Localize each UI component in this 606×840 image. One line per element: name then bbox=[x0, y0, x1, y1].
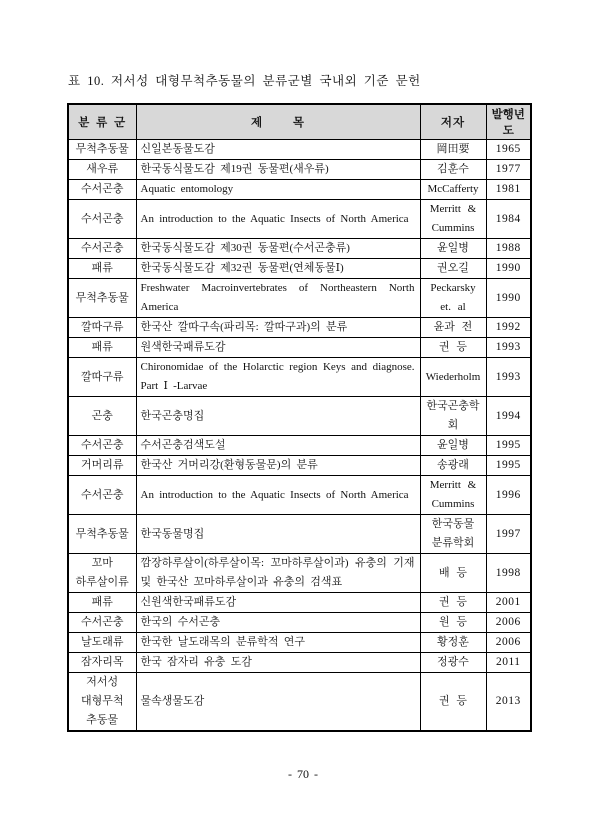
cell-author: 정광수 bbox=[420, 653, 486, 673]
cell-author: Peckarsky et. al bbox=[420, 279, 486, 318]
cell-author: 권오길 bbox=[420, 259, 486, 279]
cell-year: 1996 bbox=[486, 476, 531, 515]
cell-year: 1995 bbox=[486, 436, 531, 456]
cell-title: 물속생물도감 bbox=[136, 673, 420, 732]
cell-title: 한국 잠자리 유충 도감 bbox=[136, 653, 420, 673]
cell-group: 깔따구류 bbox=[68, 318, 136, 338]
table-row: 수서곤충 An introduction to the Aquatic Inse… bbox=[68, 200, 531, 239]
cell-title: 깜장하루살이(하루살이목: 꼬마하루살이과) 유충의 기재 및 한국산 꼬마하루… bbox=[136, 554, 420, 593]
cell-group: 수서곤충 bbox=[68, 180, 136, 200]
table-row: 꼬마 하루살이류 깜장하루살이(하루살이목: 꼬마하루살이과) 유충의 기재 및… bbox=[68, 554, 531, 593]
table-row: 수서곤충 한국의 수서곤충 원 등 2006 bbox=[68, 613, 531, 633]
cell-year: 1992 bbox=[486, 318, 531, 338]
cell-author: 윤일병 bbox=[420, 436, 486, 456]
cell-year: 1998 bbox=[486, 554, 531, 593]
table-row: 거머리류 한국산 거머리강(환형동물문)의 분류 송광래 1995 bbox=[68, 456, 531, 476]
cell-group: 패류 bbox=[68, 593, 136, 613]
table-row: 패류 신원색한국패류도감 권 등 2001 bbox=[68, 593, 531, 613]
cell-title: Chironomidae of the Holarctic region Key… bbox=[136, 358, 420, 397]
cell-group: 깔따구류 bbox=[68, 358, 136, 397]
cell-group: 수서곤충 bbox=[68, 239, 136, 259]
table-row: 깔따구류 Chironomidae of the Holarctic regio… bbox=[68, 358, 531, 397]
cell-year: 1994 bbox=[486, 397, 531, 436]
cell-group: 수서곤충 bbox=[68, 476, 136, 515]
cell-title: 한국동물명집 bbox=[136, 515, 420, 554]
cell-author: 권 등 bbox=[420, 593, 486, 613]
cell-group: 새우류 bbox=[68, 160, 136, 180]
cell-year: 1984 bbox=[486, 200, 531, 239]
table-row: 깔따구류 한국산 깔따구속(파리목: 깔따구과)의 분류 윤과 전 1992 bbox=[68, 318, 531, 338]
cell-author: 윤과 전 bbox=[420, 318, 486, 338]
table-row: 저서성 대형무척 추동물 물속생물도감 권 등 2013 bbox=[68, 673, 531, 732]
cell-group: 잠자리목 bbox=[68, 653, 136, 673]
cell-author: 권 등 bbox=[420, 338, 486, 358]
cell-year: 2001 bbox=[486, 593, 531, 613]
cell-year: 1981 bbox=[486, 180, 531, 200]
cell-author: 황정훈 bbox=[420, 633, 486, 653]
cell-author: Merritt & Cummins bbox=[420, 200, 486, 239]
cell-title: 한국산 거머리강(환형동물문)의 분류 bbox=[136, 456, 420, 476]
table-row: 곤충 한국곤충명집 한국곤충학 회 1994 bbox=[68, 397, 531, 436]
table-body: 무척추동물 신일본동물도감 岡田要 1965 새우류 한국동식물도감 제19권 … bbox=[68, 140, 531, 732]
cell-title: 한국동식물도감 제30권 동물편(수서곤충류) bbox=[136, 239, 420, 259]
header-year-column: 발행년도 bbox=[486, 104, 531, 140]
cell-title: Aquatic entomology bbox=[136, 180, 420, 200]
cell-title: Freshwater Macroinvertebrates of Northea… bbox=[136, 279, 420, 318]
table-row: 패류 한국동식물도감 제32권 동물편(연체동물Ⅰ) 권오길 1990 bbox=[68, 259, 531, 279]
cell-author: 윤일병 bbox=[420, 239, 486, 259]
cell-title: 신일본동물도감 bbox=[136, 140, 420, 160]
cell-author: Wiederholm bbox=[420, 358, 486, 397]
cell-group: 저서성 대형무척 추동물 bbox=[68, 673, 136, 732]
cell-title: An introduction to the Aquatic Insects o… bbox=[136, 476, 420, 515]
cell-year: 1993 bbox=[486, 338, 531, 358]
cell-author: 김훈수 bbox=[420, 160, 486, 180]
table-row: 수서곤충 수서곤충검색도설 윤일병 1995 bbox=[68, 436, 531, 456]
cell-title: 한국한 날도래목의 분류학적 연구 bbox=[136, 633, 420, 653]
cell-year: 2006 bbox=[486, 613, 531, 633]
cell-author: 원 등 bbox=[420, 613, 486, 633]
cell-title: 원색한국패류도감 bbox=[136, 338, 420, 358]
cell-year: 2006 bbox=[486, 633, 531, 653]
cell-author: 권 등 bbox=[420, 673, 486, 732]
cell-year: 2013 bbox=[486, 673, 531, 732]
cell-group: 곤충 bbox=[68, 397, 136, 436]
cell-title: 한국동식물도감 제19권 동물편(새우류) bbox=[136, 160, 420, 180]
table-header-row: 분 류 군 제 목 저자 발행년도 bbox=[68, 104, 531, 140]
cell-title: An introduction to the Aquatic Insects o… bbox=[136, 200, 420, 239]
cell-group: 꼬마 하루살이류 bbox=[68, 554, 136, 593]
cell-author: 송광래 bbox=[420, 456, 486, 476]
cell-group: 무척추동물 bbox=[68, 515, 136, 554]
cell-year: 1965 bbox=[486, 140, 531, 160]
table-row: 수서곤충 Aquatic entomology McCafferty 1981 bbox=[68, 180, 531, 200]
cell-title: 신원색한국패류도감 bbox=[136, 593, 420, 613]
table-row: 수서곤충 한국동식물도감 제30권 동물편(수서곤충류) 윤일병 1988 bbox=[68, 239, 531, 259]
header-title-column: 제 목 bbox=[136, 104, 420, 140]
cell-author: 岡田要 bbox=[420, 140, 486, 160]
cell-year: 1993 bbox=[486, 358, 531, 397]
cell-year: 2011 bbox=[486, 653, 531, 673]
cell-year: 1977 bbox=[486, 160, 531, 180]
table-row: 무척추동물 한국동물명집 한국동물 분류학회 1997 bbox=[68, 515, 531, 554]
cell-author: Merritt & Cummins bbox=[420, 476, 486, 515]
page-number: - 70 - bbox=[0, 767, 606, 782]
cell-title: 한국의 수서곤충 bbox=[136, 613, 420, 633]
table-row: 무척추동물 신일본동물도감 岡田要 1965 bbox=[68, 140, 531, 160]
cell-group: 날도래류 bbox=[68, 633, 136, 653]
cell-year: 1988 bbox=[486, 239, 531, 259]
table-row: 새우류 한국동식물도감 제19권 동물편(새우류) 김훈수 1977 bbox=[68, 160, 531, 180]
cell-author: McCafferty bbox=[420, 180, 486, 200]
cell-year: 1990 bbox=[486, 259, 531, 279]
cell-author: 한국동물 분류학회 bbox=[420, 515, 486, 554]
cell-group: 수서곤충 bbox=[68, 436, 136, 456]
cell-author: 배 등 bbox=[420, 554, 486, 593]
cell-group: 거머리류 bbox=[68, 456, 136, 476]
cell-year: 1995 bbox=[486, 456, 531, 476]
table-row: 날도래류 한국한 날도래목의 분류학적 연구 황정훈 2006 bbox=[68, 633, 531, 653]
table-row: 수서곤충 An introduction to the Aquatic Inse… bbox=[68, 476, 531, 515]
cell-group: 패류 bbox=[68, 259, 136, 279]
reference-table: 분 류 군 제 목 저자 발행년도 무척추동물 신일본동물도감 岡田要 1965… bbox=[67, 103, 532, 732]
cell-group: 수서곤충 bbox=[68, 613, 136, 633]
cell-group: 무척추동물 bbox=[68, 279, 136, 318]
document-page: 표 10. 저서성 대형무척추동물의 분류군별 국내외 기준 문헌 분 류 군 … bbox=[0, 0, 606, 840]
header-author-column: 저자 bbox=[420, 104, 486, 140]
header-group-column: 분 류 군 bbox=[68, 104, 136, 140]
cell-title: 한국동식물도감 제32권 동물편(연체동물Ⅰ) bbox=[136, 259, 420, 279]
table-row: 잠자리목 한국 잠자리 유충 도감 정광수 2011 bbox=[68, 653, 531, 673]
cell-author: 한국곤충학 회 bbox=[420, 397, 486, 436]
cell-group: 패류 bbox=[68, 338, 136, 358]
cell-group: 수서곤충 bbox=[68, 200, 136, 239]
table-caption: 표 10. 저서성 대형무척추동물의 분류군별 국내외 기준 문헌 bbox=[68, 71, 421, 89]
cell-group: 무척추동물 bbox=[68, 140, 136, 160]
cell-title: 한국곤충명집 bbox=[136, 397, 420, 436]
table-row: 패류 원색한국패류도감 권 등 1993 bbox=[68, 338, 531, 358]
cell-year: 1990 bbox=[486, 279, 531, 318]
cell-title: 한국산 깔따구속(파리목: 깔따구과)의 분류 bbox=[136, 318, 420, 338]
table-row: 무척추동물 Freshwater Macroinvertebrates of N… bbox=[68, 279, 531, 318]
cell-title: 수서곤충검색도설 bbox=[136, 436, 420, 456]
cell-year: 1997 bbox=[486, 515, 531, 554]
